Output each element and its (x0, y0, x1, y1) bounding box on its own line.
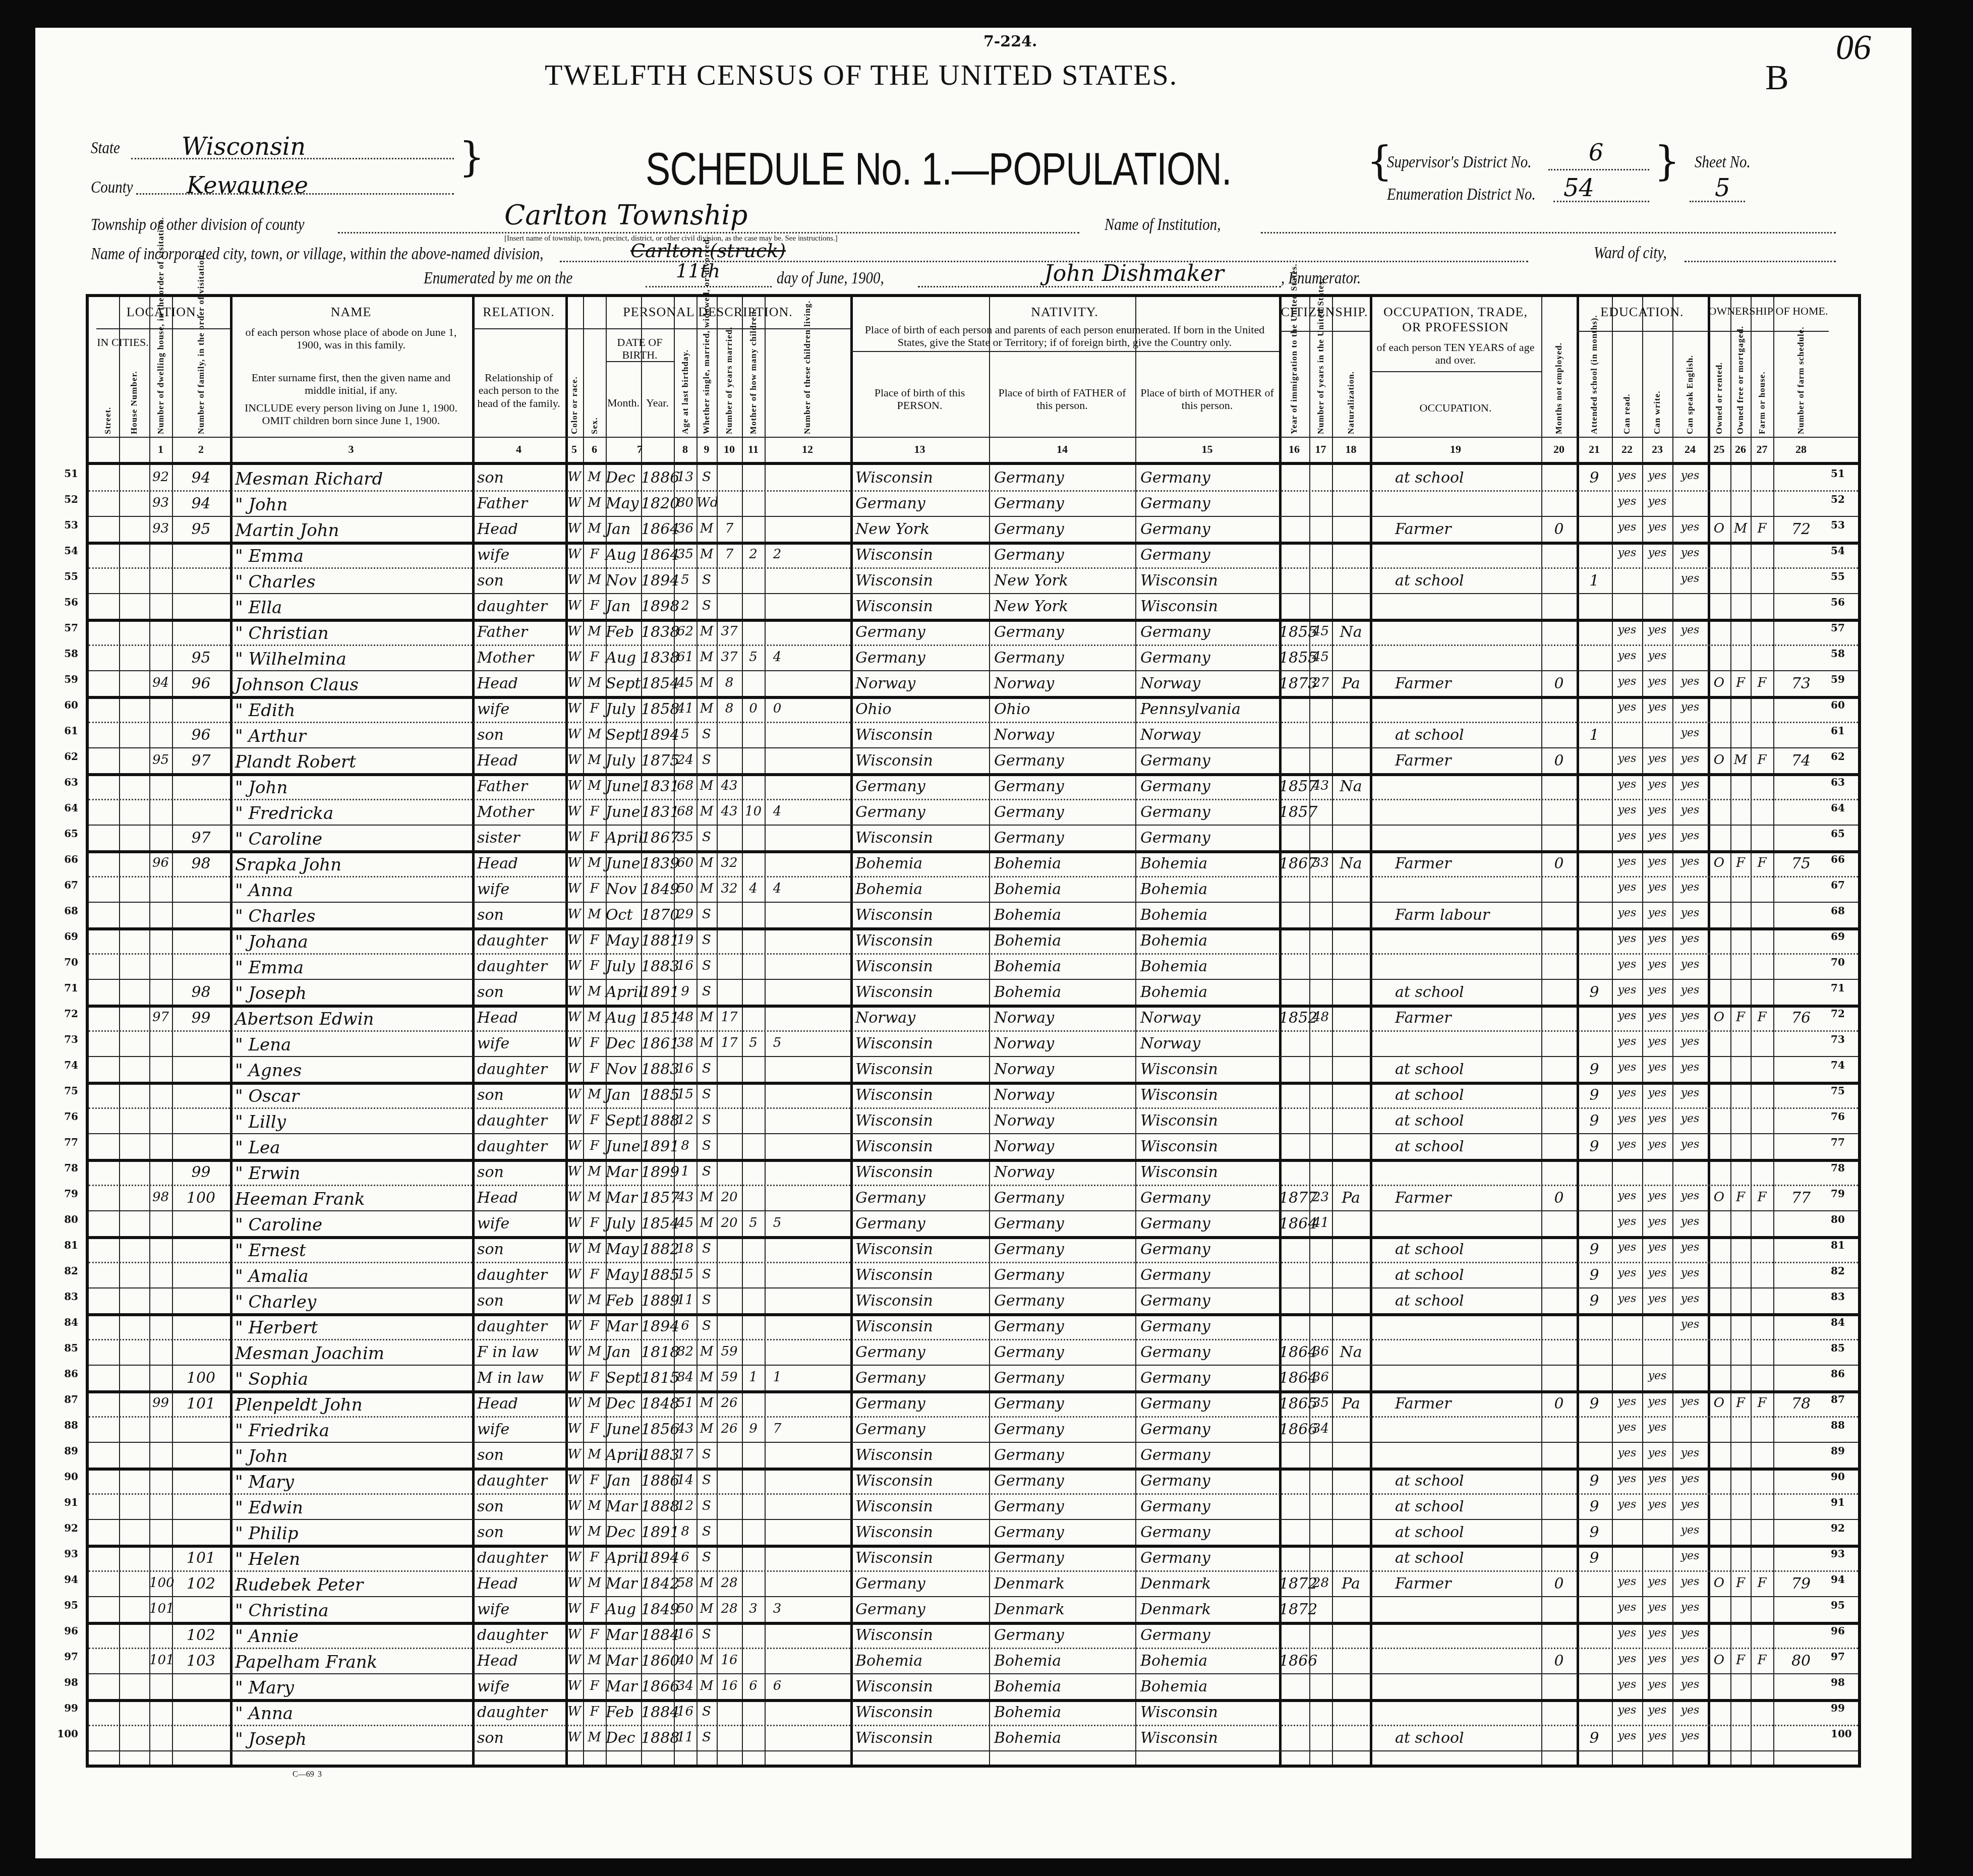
cell-father-birth: New York (994, 599, 1135, 614)
cell-name: " Lena (235, 1036, 472, 1053)
cell-father-birth: Germany (994, 522, 1135, 537)
cell-marital: S (697, 1628, 717, 1641)
line-number-right: 75 (1831, 1085, 1856, 1097)
cell-occupation: at school (1395, 985, 1541, 1000)
cell-marital: S (697, 908, 717, 921)
header-c16: Year of immigration to the United States… (1289, 336, 1299, 434)
cell-mother-birth: Germany (1140, 805, 1279, 820)
cell-yrs-us: 23 (1309, 1191, 1332, 1204)
cell-occupation: at school (1395, 728, 1541, 743)
line-number-right: 59 (1831, 673, 1856, 685)
cell-age: 15 (674, 1268, 697, 1281)
row-divider (89, 1493, 1858, 1495)
cell-english: yes (1672, 548, 1708, 559)
column-number: 10 (717, 443, 742, 456)
cell-immig: 1872 (1279, 1576, 1309, 1592)
cell-read: yes (1612, 1474, 1642, 1485)
cell-name: " Annie (235, 1628, 472, 1645)
cell-marital: M (697, 676, 717, 689)
cell-race: W (565, 805, 583, 818)
cell-birth: Bohemia (855, 882, 989, 897)
cell-free: F (1730, 676, 1751, 689)
cell-father-birth: Ohio (994, 702, 1135, 717)
header-occupation: OCCUPATION, TRADE, OR PROFESSION (1375, 305, 1536, 335)
cell-marital: S (697, 1499, 717, 1512)
cell-write: yes (1642, 1268, 1672, 1279)
row-divider (89, 773, 1858, 776)
cell-race: W (565, 1345, 583, 1358)
cell-age: 45 (674, 1216, 697, 1229)
cell-mother-birth: Germany (1140, 1474, 1279, 1489)
line-number-left: 53 (53, 519, 78, 531)
cell-yrs-married: 37 (717, 625, 742, 638)
cell-yrs-us: 48 (1309, 1011, 1332, 1024)
cell-name: " Anna (235, 882, 472, 899)
cell-family: 95 (172, 651, 230, 666)
cell-birth: Wisconsin (855, 1319, 989, 1334)
cell-natur: Na (1332, 625, 1370, 640)
cell-yrs-us: 41 (1309, 1216, 1332, 1229)
cell-race: W (565, 1654, 583, 1667)
cell-natur: Na (1332, 856, 1370, 871)
cell-birth: Germany (855, 1345, 989, 1360)
cell-occupation: at school (1395, 1062, 1541, 1077)
cell-race: W (565, 908, 583, 921)
cell-age: 5 (674, 728, 697, 741)
cell-write: yes (1642, 676, 1672, 687)
cell-father-birth: Germany (994, 1294, 1135, 1309)
cell-relation: F in law (477, 1345, 565, 1360)
cell-mother-birth: Germany (1140, 1499, 1279, 1514)
cell-english: yes (1672, 676, 1708, 687)
cell-yrs-us: 34 (1309, 1422, 1332, 1435)
line-number-left: 60 (53, 699, 78, 711)
cell-occupation: Farmer (1395, 1011, 1541, 1026)
cell-write: yes (1642, 753, 1672, 765)
header-house: House Number. (129, 356, 139, 434)
cell-father-birth: Germany (994, 1474, 1135, 1489)
cell-month: Dec (606, 471, 641, 486)
line-number-right: 100 (1831, 1728, 1856, 1740)
cell-mother-birth: Germany (1140, 779, 1279, 794)
cell-relation: daughter (477, 1628, 565, 1643)
cell-age: 19 (674, 933, 697, 947)
cell-marital: M (697, 1396, 717, 1410)
cell-age: 1 (674, 1165, 697, 1178)
cell-mother-birth: Germany (1140, 831, 1279, 846)
cell-occupation: Farmer (1395, 676, 1541, 691)
line-number-left: 98 (53, 1676, 78, 1688)
line-number-left: 89 (53, 1445, 78, 1457)
cell-race: W (565, 1191, 583, 1204)
cell-marital: M (697, 1191, 717, 1204)
cell-marital: S (697, 1731, 717, 1744)
row-divider (89, 1570, 1858, 1572)
cell-name: " Emma (235, 959, 472, 976)
column-number: 25 (1708, 443, 1730, 456)
cell-father-birth: Germany (994, 1499, 1135, 1514)
cell-english: yes (1672, 573, 1708, 584)
cell-sex: M (583, 1011, 606, 1024)
cell-name: Mesman Richard (235, 471, 472, 488)
line-number-right: 84 (1831, 1316, 1856, 1328)
cell-english: yes (1672, 1294, 1708, 1305)
cell-name: " Charley (235, 1294, 472, 1311)
cell-birth: Wisconsin (855, 1165, 989, 1180)
cell-month: Dec (606, 1731, 641, 1746)
cell-english: yes (1672, 702, 1708, 713)
cell-read: yes (1612, 753, 1642, 765)
cell-yrs-us: 28 (1309, 1576, 1332, 1590)
cell-mother-birth: Germany (1140, 1525, 1279, 1540)
line-number-right: 55 (1831, 570, 1856, 582)
cell-school: 9 (1577, 985, 1612, 1000)
cell-family: 97 (172, 831, 230, 846)
column-number: 18 (1332, 443, 1370, 456)
cell-read: yes (1612, 471, 1642, 482)
cell-write: yes (1642, 1011, 1672, 1022)
line-number-right: 73 (1831, 1033, 1856, 1045)
line-number-left: 58 (53, 648, 78, 660)
cell-birth: Wisconsin (855, 985, 989, 1000)
header-c28: Number of farm schedule. (1796, 336, 1806, 434)
cell-relation: son (477, 573, 565, 589)
cell-year: 1838 (641, 625, 674, 640)
header-relation: RELATION. (472, 305, 565, 320)
cell-marital: S (697, 1268, 717, 1281)
cell-age: 17 (674, 1448, 697, 1461)
cell-marital: S (697, 1474, 717, 1487)
cell-sex: M (583, 728, 606, 741)
cell-birth: Wisconsin (855, 548, 989, 563)
header-birth-father: Place of birth of FATHER of this person. (994, 386, 1130, 412)
cell-free: M (1730, 753, 1751, 767)
cell-mother-birth: Germany (1140, 1345, 1279, 1360)
cell-race: W (565, 1731, 583, 1744)
cell-marital: S (697, 1525, 717, 1538)
row-divider (89, 1468, 1858, 1471)
cell-age: 9 (674, 985, 697, 998)
cell-month: Sept (606, 728, 641, 743)
cell-name: " Caroline (235, 1216, 472, 1234)
cell-mother-of: 1 (742, 1371, 765, 1384)
cell-read: yes (1612, 1036, 1642, 1047)
cell-immig: 1864 (1279, 1216, 1309, 1232)
cell-race: W (565, 1216, 583, 1229)
cell-name: " Ella (235, 599, 472, 616)
cell-read: yes (1612, 1139, 1642, 1150)
cell-age: 11 (674, 1731, 697, 1744)
cell-dwelling: 100 (149, 1576, 172, 1590)
row-divider (89, 1082, 1858, 1085)
cell-farm: F (1751, 522, 1773, 535)
cell-month: Oct (606, 908, 641, 923)
cell-marital: M (697, 1011, 717, 1024)
cell-sex: M (583, 1165, 606, 1178)
cell-name: Plandt Robert (235, 753, 472, 771)
cell-school: 9 (1577, 1062, 1612, 1077)
cell-father-birth: Germany (994, 1396, 1135, 1412)
cell-marital: S (697, 753, 717, 767)
cell-write: yes (1642, 1499, 1672, 1510)
cell-sex: F (583, 548, 606, 561)
cell-month: Jan (606, 1345, 641, 1360)
cell-name: " Mary (235, 1679, 472, 1696)
cell-months-unemp: 0 (1541, 1191, 1577, 1206)
cell-month: Mar (606, 1628, 641, 1643)
header-in-cities: IN CITIES. (96, 336, 149, 348)
cell-name: " Arthur (235, 728, 472, 745)
cell-free: F (1730, 1396, 1751, 1410)
cell-months-unemp: 0 (1541, 856, 1577, 871)
cell-marital: S (697, 1113, 717, 1127)
cell-age: 61 (674, 651, 697, 664)
cell-occupation: at school (1395, 1731, 1541, 1746)
cell-father-birth: Norway (994, 1062, 1135, 1077)
header-relation-desc: Relationship of each person to the head … (477, 371, 560, 409)
line-number-left: 68 (53, 905, 78, 917)
cell-name: " John (235, 1448, 472, 1465)
column-number: 22 (1612, 443, 1642, 456)
cell-name: " Sophia (235, 1371, 472, 1388)
cell-birth: Wisconsin (855, 1036, 989, 1051)
cell-english: yes (1672, 1679, 1708, 1690)
column-number: 13 (850, 443, 989, 456)
cell-name: " Erwin (235, 1165, 472, 1182)
cell-relation: Father (477, 779, 565, 794)
line-number-right: 92 (1831, 1522, 1856, 1534)
cell-relation: M in law (477, 1371, 565, 1386)
cell-year: 1851 (641, 1011, 674, 1026)
line-number-right: 74 (1831, 1059, 1856, 1071)
row-divider (89, 979, 1858, 980)
cell-months-unemp: 0 (1541, 676, 1577, 691)
cell-sex: M (583, 496, 606, 509)
cell-occupation: at school (1395, 1551, 1541, 1566)
cell-birth: Wisconsin (855, 1551, 989, 1566)
cell-english: yes (1672, 831, 1708, 842)
cell-english: yes (1672, 959, 1708, 970)
cell-name: " Ernest (235, 1242, 472, 1259)
cell-family: 98 (172, 985, 230, 1000)
cell-month: Aug (606, 548, 641, 563)
cell-write: yes (1642, 1113, 1672, 1125)
cell-father-birth: Germany (994, 548, 1135, 563)
line-number-right: 52 (1831, 493, 1856, 505)
cell-farm-no: 73 (1773, 676, 1829, 691)
cell-english: yes (1672, 1474, 1708, 1485)
cell-year: 1842 (641, 1576, 674, 1592)
cell-sex: M (583, 1396, 606, 1410)
cell-occupation: Farmer (1395, 1191, 1541, 1206)
cell-yrs-us: 36 (1309, 1371, 1332, 1384)
cell-birth: Germany (855, 1396, 989, 1412)
institution-label: Name of Institution, (1105, 215, 1221, 234)
cell-month: Feb (606, 1705, 641, 1720)
header-c26: Owned free or mortgaged. (1735, 336, 1746, 434)
line-number-left: 67 (53, 879, 78, 891)
cell-english: yes (1672, 1705, 1708, 1716)
cell-living: 4 (765, 651, 790, 664)
cell-occupation: at school (1395, 1499, 1541, 1514)
cell-year: 1831 (641, 805, 674, 820)
row-divider (89, 1416, 1858, 1418)
cell-father-birth: Germany (994, 1448, 1135, 1463)
cell-race: W (565, 856, 583, 869)
cell-marital: M (697, 1576, 717, 1590)
cell-race: W (565, 1062, 583, 1075)
cell-months-unemp: 0 (1541, 753, 1577, 769)
cell-month: Jan (606, 522, 641, 537)
row-divider (89, 1262, 1858, 1263)
cell-month: Aug (606, 1602, 641, 1617)
line-number-left: 94 (53, 1573, 78, 1586)
cell-english: yes (1672, 728, 1708, 739)
cell-month: July (606, 959, 641, 974)
cell-natur: Na (1332, 779, 1370, 794)
cell-birth: Wisconsin (855, 599, 989, 614)
cell-living: 5 (765, 1216, 790, 1229)
cell-race: W (565, 522, 583, 535)
cell-occupation: at school (1395, 573, 1541, 589)
cell-immig: 1872 (1279, 1602, 1309, 1617)
line-number-left: 56 (53, 596, 78, 608)
cell-age: 43 (674, 1422, 697, 1435)
cell-marital: S (697, 1319, 717, 1332)
column-number: 6 (583, 443, 606, 456)
column-number: 19 (1370, 443, 1541, 456)
cell-read: yes (1612, 1242, 1642, 1253)
cell-relation: daughter (477, 1319, 565, 1334)
header-birth-person: Place of birth of this PERSON. (855, 386, 984, 412)
cell-marital: M (697, 805, 717, 818)
cell-sex: F (583, 933, 606, 947)
cell-yrs-married: 43 (717, 779, 742, 792)
cell-race: W (565, 496, 583, 509)
column-number: 26 (1730, 443, 1751, 456)
cell-mother-birth: Bohemia (1140, 856, 1279, 871)
cell-read: yes (1612, 1191, 1642, 1202)
cell-read: yes (1612, 548, 1642, 559)
cell-year: 1861 (641, 1036, 674, 1051)
cell-mother-birth: Germany (1140, 1242, 1279, 1257)
column-number: 8 (674, 443, 697, 456)
line-number-right: 81 (1831, 1239, 1856, 1251)
cell-dwelling: 96 (149, 856, 172, 869)
cell-year: 1899 (641, 1165, 674, 1180)
cell-occupation: Farmer (1395, 1396, 1541, 1412)
cell-immig: 1865 (1279, 1396, 1309, 1412)
line-number-right: 64 (1831, 802, 1856, 814)
row-divider (89, 825, 1858, 826)
cell-race: W (565, 1319, 583, 1332)
township-label: Township or other division of county (91, 215, 305, 234)
cell-owned: O (1708, 1011, 1730, 1024)
cell-father-birth: Norway (994, 1139, 1135, 1154)
row-divider (89, 799, 1858, 800)
line-number-left: 55 (53, 570, 78, 582)
cell-name: " Fredricka (235, 805, 472, 822)
cell-birth: Bohemia (855, 1654, 989, 1669)
cell-family: 99 (172, 1011, 230, 1026)
row-divider (89, 1596, 1858, 1597)
cell-month: June (606, 805, 641, 820)
cell-name: Papelham Frank (235, 1654, 472, 1671)
cell-living: 1 (765, 1371, 790, 1384)
cell-mother-birth: Wisconsin (1140, 1088, 1279, 1103)
cell-write: yes (1642, 548, 1672, 559)
line-number-left: 96 (53, 1625, 78, 1637)
cell-year: 1883 (641, 1062, 674, 1077)
cell-read: yes (1612, 779, 1642, 790)
cell-year: 1885 (641, 1088, 674, 1103)
cell-age: 41 (674, 702, 697, 715)
column-number: 23 (1642, 443, 1672, 456)
header-c6: Sex. (590, 396, 600, 434)
cell-yrs-married: 59 (717, 1371, 742, 1384)
cell-occupation: Farmer (1395, 522, 1541, 537)
cell-month: April (606, 1448, 641, 1463)
cell-english: yes (1672, 1242, 1708, 1253)
cell-father-birth: Bohemia (994, 908, 1135, 923)
cell-name: Srapka John (235, 856, 472, 873)
line-number-left: 91 (53, 1496, 78, 1508)
header-c11: Mother of how many children. (748, 331, 759, 434)
cell-school: 9 (1577, 1294, 1612, 1309)
cell-relation: son (477, 471, 565, 486)
cell-father-birth: Bohemia (994, 856, 1135, 871)
cell-months-unemp: 0 (1541, 522, 1577, 537)
cell-write: yes (1642, 702, 1672, 713)
cell-mother-of: 0 (742, 702, 765, 715)
cell-mother-birth: Norway (1140, 676, 1279, 691)
cell-living: 4 (765, 805, 790, 818)
cell-english: yes (1672, 1551, 1708, 1562)
cell-occupation: at school (1395, 1294, 1541, 1309)
cell-month: Mar (606, 1165, 641, 1180)
cell-race: W (565, 599, 583, 612)
cell-father-birth: Norway (994, 1165, 1135, 1180)
header-year: Year. (641, 396, 674, 409)
document-title: TWELFTH CENSUS OF THE UNITED STATES. (545, 58, 1178, 92)
cell-farm-no: 76 (1773, 1011, 1829, 1026)
cell-sex: M (583, 522, 606, 535)
cell-year: 1818 (641, 1345, 674, 1360)
row-divider (850, 351, 1279, 352)
cell-year: 1839 (641, 856, 674, 871)
cell-month: Nov (606, 573, 641, 589)
cell-free: F (1730, 1011, 1751, 1024)
cell-year: 1866 (641, 1679, 674, 1694)
cell-sex: F (583, 959, 606, 972)
cell-relation: Head (477, 1011, 565, 1026)
line-number-left: 83 (53, 1291, 78, 1303)
cell-free: M (1730, 522, 1751, 535)
cell-age: 50 (674, 1602, 697, 1615)
row-divider (89, 1185, 1858, 1186)
cell-name: " Philip (235, 1525, 472, 1542)
cell-mother-birth: Norway (1140, 1011, 1279, 1026)
cell-month: July (606, 1216, 641, 1232)
cell-age: 16 (674, 1062, 697, 1075)
enumerator-name: John Dishmaker (1044, 261, 1224, 286)
cell-birth: Wisconsin (855, 753, 989, 769)
cell-birth: Norway (855, 1011, 989, 1026)
line-number-left: 92 (53, 1522, 78, 1534)
cell-marital: S (697, 959, 717, 972)
cell-birth: Wisconsin (855, 1062, 989, 1077)
cell-dwelling: 97 (149, 1011, 172, 1024)
